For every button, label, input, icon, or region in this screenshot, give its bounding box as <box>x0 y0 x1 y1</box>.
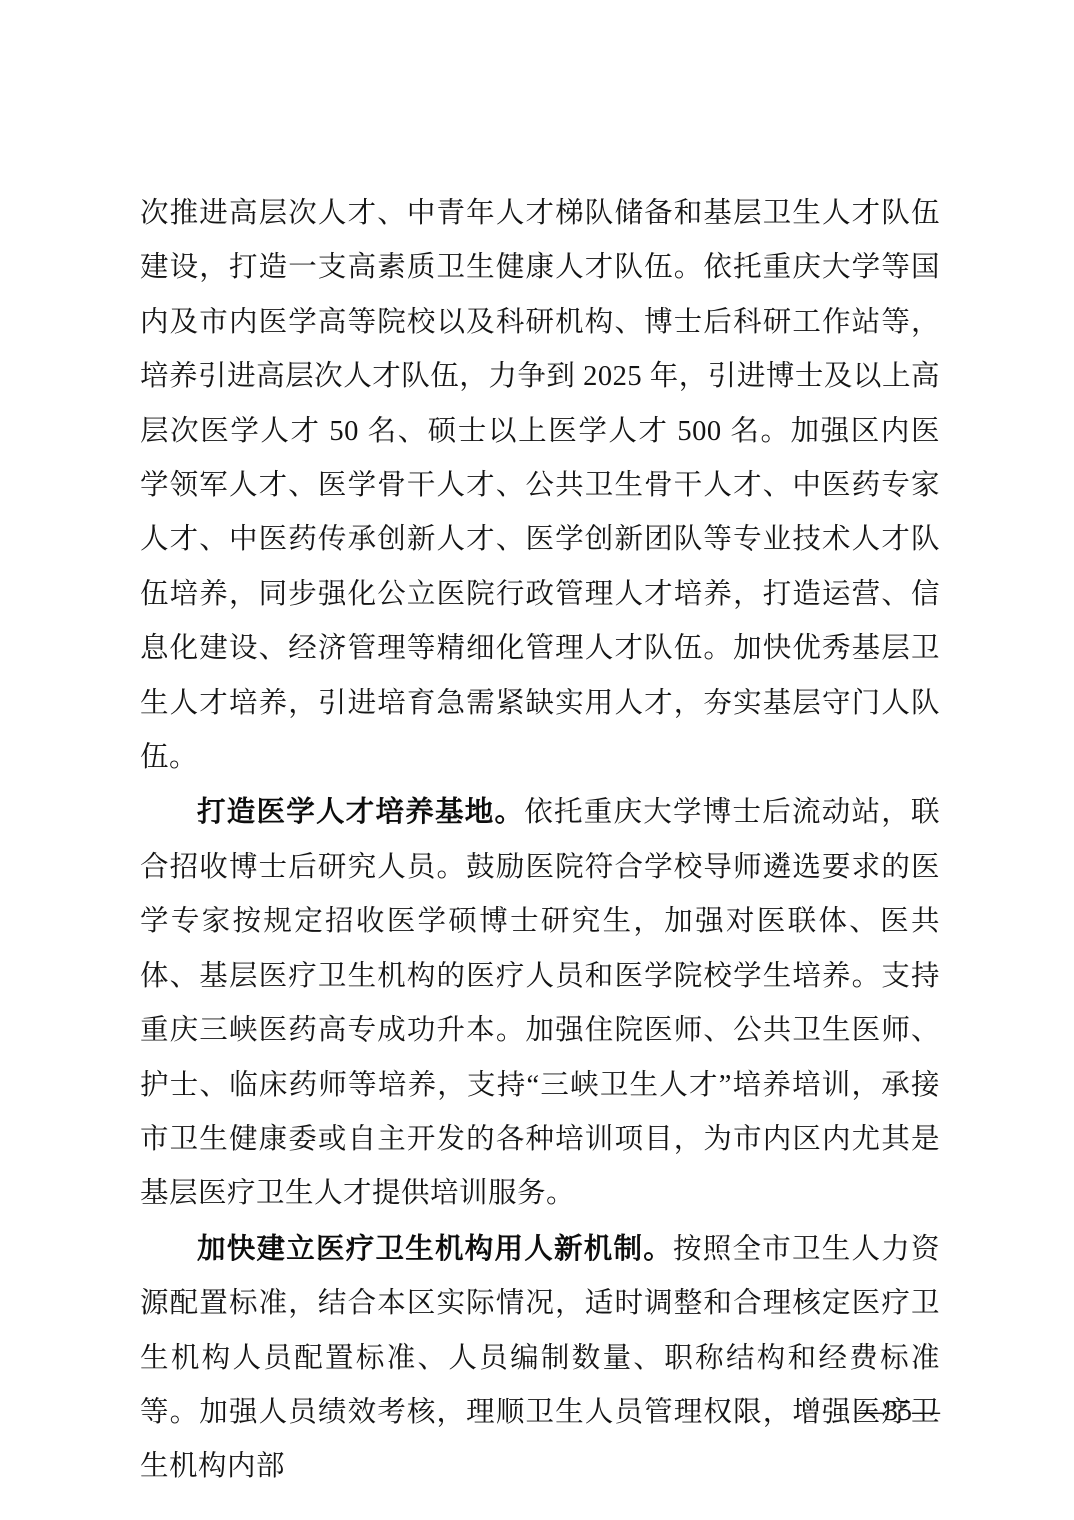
paragraph-lead: 打造医学人才培养基地。 <box>197 796 524 828</box>
paragraph-text: 次推进高层次人才、中青年人才梯队储备和基层卫生人才队伍建设，打造一支高素质卫生健… <box>140 198 940 773</box>
paragraph-continuation: 次推进高层次人才、中青年人才梯队储备和基层卫生人才队伍建设，打造一支高素质卫生健… <box>140 186 940 785</box>
paragraph-text: 按照全市卫生人力资源配置标准，结合本区实际情况，适时调整和合理核定医疗卫生机构人… <box>140 1234 940 1483</box>
document-page: 次推进高层次人才、中青年人才梯队储备和基层卫生人才队伍建设，打造一支高素质卫生健… <box>0 0 1074 1520</box>
page-footer: —35— <box>856 1396 940 1428</box>
paragraph-lead: 加快建立医疗卫生机构用人新机制。 <box>197 1233 673 1265</box>
paragraph-staffing-mechanism: 加快建立医疗卫生机构用人新机制。按照全市卫生人力资源配置标准，结合本区实际情况，… <box>140 1222 940 1495</box>
paragraph-text: 依托重庆大学博士后流动站，联合招收博士后研究人员。鼓励医院符合学校导师遴选要求的… <box>140 797 940 1209</box>
page-number: —35— <box>856 1396 940 1427</box>
paragraph-training-base: 打造医学人才培养基地。依托重庆大学博士后流动站，联合招收博士后研究人员。鼓励医院… <box>140 785 940 1221</box>
document-body: 次推进高层次人才、中青年人才梯队储备和基层卫生人才队伍建设，打造一支高素质卫生健… <box>140 186 940 1495</box>
